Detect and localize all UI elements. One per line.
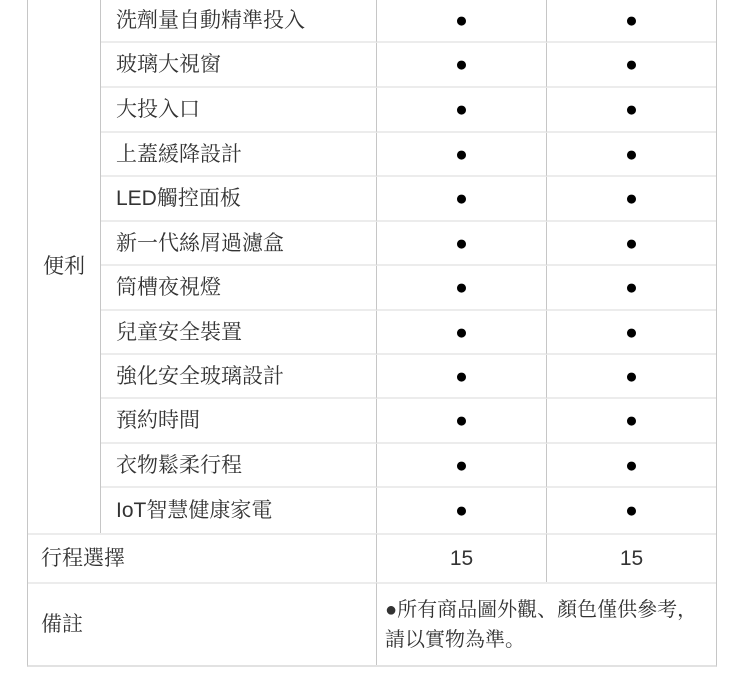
feature-name: 大投入口 (101, 88, 376, 133)
model-b-availability-dot: ● (546, 43, 716, 88)
model-a-availability-dot: ● (376, 0, 546, 43)
remarks-line-1: ●所有商品圖外觀、顏色僅供參考， (385, 595, 697, 625)
remarks-label: 備註 (28, 582, 376, 665)
model-a-availability-dot: ● (376, 399, 546, 444)
model-b-availability-dot: ● (546, 88, 716, 133)
spec-comparison-table: 便利 洗劑量自動精準投入 ● ● 玻璃大視窗 ● ● 大投入口 ● ● 上蓋緩降… (27, 0, 717, 667)
model-b-availability-dot: ● (546, 266, 716, 311)
model-a-availability-dot: ● (376, 88, 546, 133)
model-a-availability-dot: ● (376, 488, 546, 533)
feature-name: 上蓋緩降設計 (101, 133, 376, 177)
remarks-text: ●所有商品圖外觀、顏色僅供參考， 請以實物為準。 (376, 582, 716, 665)
model-b-availability-dot: ● (546, 399, 716, 444)
feature-name: 兒童安全裝置 (101, 311, 376, 355)
model-a-availability-dot: ● (376, 311, 546, 355)
model-b-availability-dot: ● (546, 444, 716, 488)
model-b-availability-dot: ● (546, 222, 716, 266)
category-cell-convenience: 便利 (28, 0, 101, 533)
program-count-model-b: 15 (546, 533, 716, 582)
model-a-availability-dot: ● (376, 43, 546, 88)
model-b-availability-dot: ● (546, 177, 716, 222)
program-selection-label: 行程選擇 (28, 533, 376, 582)
feature-name: 預約時間 (101, 399, 376, 444)
feature-name: 筒槽夜視燈 (101, 266, 376, 311)
program-count-model-a: 15 (376, 533, 546, 582)
model-a-availability-dot: ● (376, 177, 546, 222)
model-b-availability-dot: ● (546, 0, 716, 43)
model-a-availability-dot: ● (376, 444, 546, 488)
feature-name: 強化安全玻璃設計 (101, 355, 376, 399)
feature-name: IoT智慧健康家電 (101, 488, 376, 533)
model-a-availability-dot: ● (376, 266, 546, 311)
remarks-line-2: 請以實物為準。 (385, 625, 525, 655)
model-a-availability-dot: ● (376, 133, 546, 177)
feature-name: 新一代絲屑過濾盒 (101, 222, 376, 266)
model-b-availability-dot: ● (546, 488, 716, 533)
model-b-availability-dot: ● (546, 133, 716, 177)
feature-name: 洗劑量自動精準投入 (101, 0, 376, 43)
feature-name: 衣物鬆柔行程 (101, 444, 376, 488)
feature-name: LED觸控面板 (101, 177, 376, 222)
feature-name: 玻璃大視窗 (101, 43, 376, 88)
model-a-availability-dot: ● (376, 222, 546, 266)
model-a-availability-dot: ● (376, 355, 546, 399)
model-b-availability-dot: ● (546, 311, 716, 355)
model-b-availability-dot: ● (546, 355, 716, 399)
